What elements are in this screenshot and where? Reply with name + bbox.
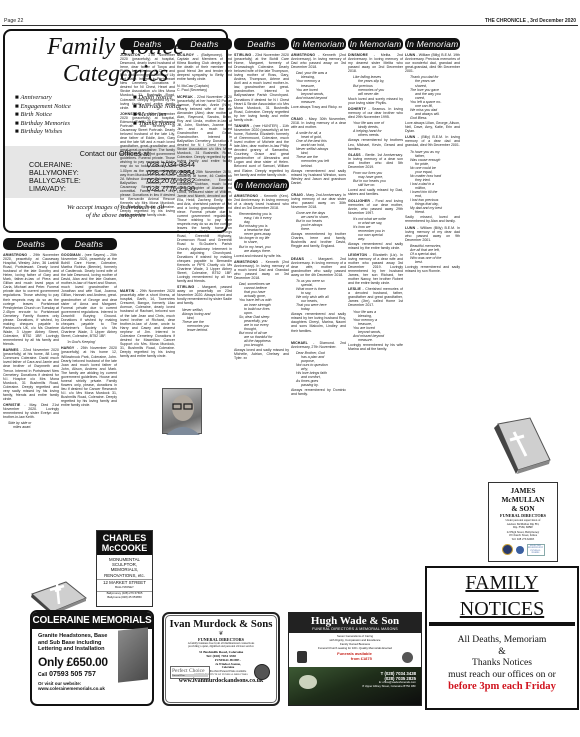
section-header-memoriam: In Memoriam (291, 38, 346, 50)
column-1: Deaths ARMSTRONG - 29th November 2020, p… (3, 238, 59, 428)
notice-craig-sister: CRAIG - Mary. 2nd Anniversary. In loving… (291, 193, 346, 209)
page-number: Page 22 (4, 18, 23, 24)
notice-leslie: LESLIE - Cherished memories of a devoted… (348, 287, 403, 307)
lily-flower-image (299, 675, 317, 689)
family-notices-title: FAMILY NOTICES (429, 570, 575, 626)
notice-stirling-margaret: STIRLING - Margaret, passed away on peac… (177, 285, 232, 305)
notice-mcilroy: MCILROY - (Ballymoney). The Captain and … (177, 53, 232, 81)
armstrong-ken-signoff: Loved and missed by wife Iris. (234, 254, 289, 258)
wade-badge-icon (402, 652, 413, 663)
column-7: In Memoriam DINSMORE - Melita. 2nd Anniv… (348, 38, 403, 538)
coleraine-memorials-website[interactable]: www.colerainememorials.co.uk (38, 686, 146, 691)
notice-lunn-1: LUNN - William (Billy) B.E.M. 19th Anniv… (405, 53, 460, 73)
verse-christie: Side by side ormiles apart,Sisters will … (3, 421, 59, 428)
bible-icon (490, 416, 552, 474)
notice-glass: GLASS - Bertie. 1st Anniversary. In lovi… (348, 153, 403, 169)
notice-tanner: TANNER - (nee HUNTER) - 11th November 20… (234, 124, 289, 177)
notice-goodman-tag: 'In God's Keeping' (61, 340, 117, 344)
perfect-choice-logo: Perfect Choice Funeral Plan (170, 666, 210, 679)
notice-doherty: DOHERTY - Seamus. In loving memory of ou… (348, 107, 403, 119)
column-8: In Memoriam LUNN - William (Billy) B.E.M… (405, 38, 460, 443)
notice-lunn-3: LUNN - William (Billy) B.E.M. In loving … (405, 226, 460, 242)
saif-badge-icon (516, 546, 524, 554)
notice-armstrong: ARMSTRONG - 29th November 2020, peaceful… (3, 253, 59, 346)
notice-johnston-edmund: JOHNSTON - 28th November 2020 (peacefull… (120, 112, 175, 217)
notice-golligher: GOLLIGHER - Fond and loving memories of … (348, 199, 403, 215)
notice-deans: DEANS - Margaret. 2nd Anniversary. In lo… (291, 257, 346, 277)
murdock-title: Ivan Murdock & Sons (166, 618, 276, 631)
notice-armstrong-dad: ARMSTRONG - Kenneth (2nd Anniversary). I… (291, 53, 346, 69)
section-header-memoriam: In Memoriam (405, 38, 460, 50)
notice-goodman: GOODMAN - (nee Sayers) – 25th November 2… (61, 253, 117, 338)
notice-craig-wife: CRAIG - Mary. 30th November, 2018. In lo… (291, 117, 346, 129)
categories-left-list: ■ Anniversary ■ Engagement Notice ■ Birt… (15, 94, 133, 137)
category-item: ■ Birth Notice (15, 111, 133, 120)
ad-coleraine-memorials[interactable]: COLERAINE MEMORIALS Granite Headstones, … (30, 610, 154, 706)
mcmullan-title1: JAMES McMULLAN (489, 486, 557, 504)
notice-mcpeak: MCPEAK - 22nd November 2020 (peacefully)… (177, 95, 232, 168)
verse-stirling: Never selfish,Always loving andkind,Thes… (177, 308, 232, 332)
notice-martin: MARTIN - 29th November 2020 peacefully a… (120, 289, 175, 358)
notice-christie: CHRISTIE - May. Died 21st November 2020.… (3, 403, 59, 419)
notice-hargy: HARGY - 25th November 2020 (peacefully) … (61, 346, 117, 407)
column-5: Deaths STIRLING - 23rd November 2020 (pe… (234, 38, 289, 603)
ad-family-notices[interactable]: FAMILY NOTICES All Deaths, Memoriam & Th… (425, 566, 579, 710)
notice-owens: OWENS - 25th November 2020, suddenly at … (177, 170, 232, 283)
notice-armstrong-ken: ARMSTRONG - Kenneth (Ken). 2nd Anniversa… (234, 194, 289, 210)
notice-leighton: LEIGHTON - Elizabeth (Liz). In loving me… (348, 253, 403, 285)
column-3: Deaths JOHNSTON - 27th November 2020 (pe… (120, 38, 175, 603)
section-header-memoriam: In Memoriam (348, 38, 403, 50)
wade-crest-icon (297, 651, 307, 663)
section-header-deaths: Deaths (61, 238, 117, 250)
notice-barnes: BARNES - 22nd November 2020 (peacefully)… (3, 348, 59, 401)
nafd-badge-icon (502, 544, 513, 555)
column-4: Deaths MCILROY - (Ballymoney). The Capta… (177, 38, 232, 603)
ad-hugh-wade[interactable]: Hugh Wade & Son FUNERAL DIRECTORS & MEMO… (288, 612, 422, 706)
coleraine-memorials-phone: 07593 505 757 (49, 671, 96, 678)
verse-armstrong-kenneth: Dad, sometimes wecannot believethat you … (234, 282, 289, 347)
notice-dinsmore: DINSMORE - Melita. 2nd Anniversary. In l… (348, 53, 403, 73)
notice-lunn-2: LUNN - (Billy) B.E.M. In loving memory o… (405, 135, 460, 147)
ad-ivan-murdock[interactable]: Ivan Murdock & Sons ❦ FUNERAL DIRECTORS … (162, 612, 280, 706)
ad-james-mcmullan[interactable]: JAMES McMULLAN & SON FUNERAL DIRECTORS U… (488, 482, 558, 562)
headstone-image (118, 627, 148, 682)
bifd-crest-icon (254, 664, 270, 680)
notice-stirling: STIRLING - 23rd November 2020 (peacefull… (234, 53, 289, 122)
coleraine-memorials-title: COLERAINE MEMORIALS (32, 612, 152, 629)
mcilroy-signatures: N. McCaw (Captain)C. Paul (Secretary) (177, 84, 232, 92)
column-6: In Memoriam ARMSTRONG - Kenneth (2nd Ann… (291, 38, 346, 603)
wade-title: Hugh Wade & Son (289, 615, 421, 627)
category-item: ■ Birthday Wishes (15, 128, 133, 137)
header-rule (2, 25, 578, 26)
deadline-text: before 3pm each Friday (427, 681, 577, 693)
category-item: ■ Engagement Notice (15, 103, 133, 112)
saif-badge-text: SELECTED INDEPENDENT FUNERAL HOMES (527, 544, 545, 556)
category-item: ■ Birthday Memories (15, 120, 133, 129)
section-header-deaths: Deaths (234, 38, 289, 50)
section-header-deaths: Deaths (177, 38, 232, 50)
notice-armstrong-kenneth: ARMSTRONG - Kenneth (2nd Anniversary). I… (234, 260, 289, 280)
masthead: THE CHRONICLE , 3rd December 2020 (485, 18, 576, 24)
section-header-deaths: Deaths (3, 238, 59, 250)
armstrong-kenneth-signoff: Always loved and sadly missed by Michell… (234, 348, 289, 360)
category-item: ■ Anniversary (15, 94, 133, 103)
mcmullan-title2: & SON (489, 504, 557, 513)
section-header-memoriam: In Memoriam (234, 179, 289, 191)
section-header-deaths: Deaths (120, 38, 175, 50)
notice-johnston-desmond: JOHNSTON - 27th November 2020 (peacefull… (120, 53, 175, 110)
verse-armstrong-ken: Remembering you iseasy, I do it everyday… (234, 212, 289, 252)
notice-michael: MICHAEL - Diamond. 2nd Anniversary, 27th… (291, 341, 346, 349)
